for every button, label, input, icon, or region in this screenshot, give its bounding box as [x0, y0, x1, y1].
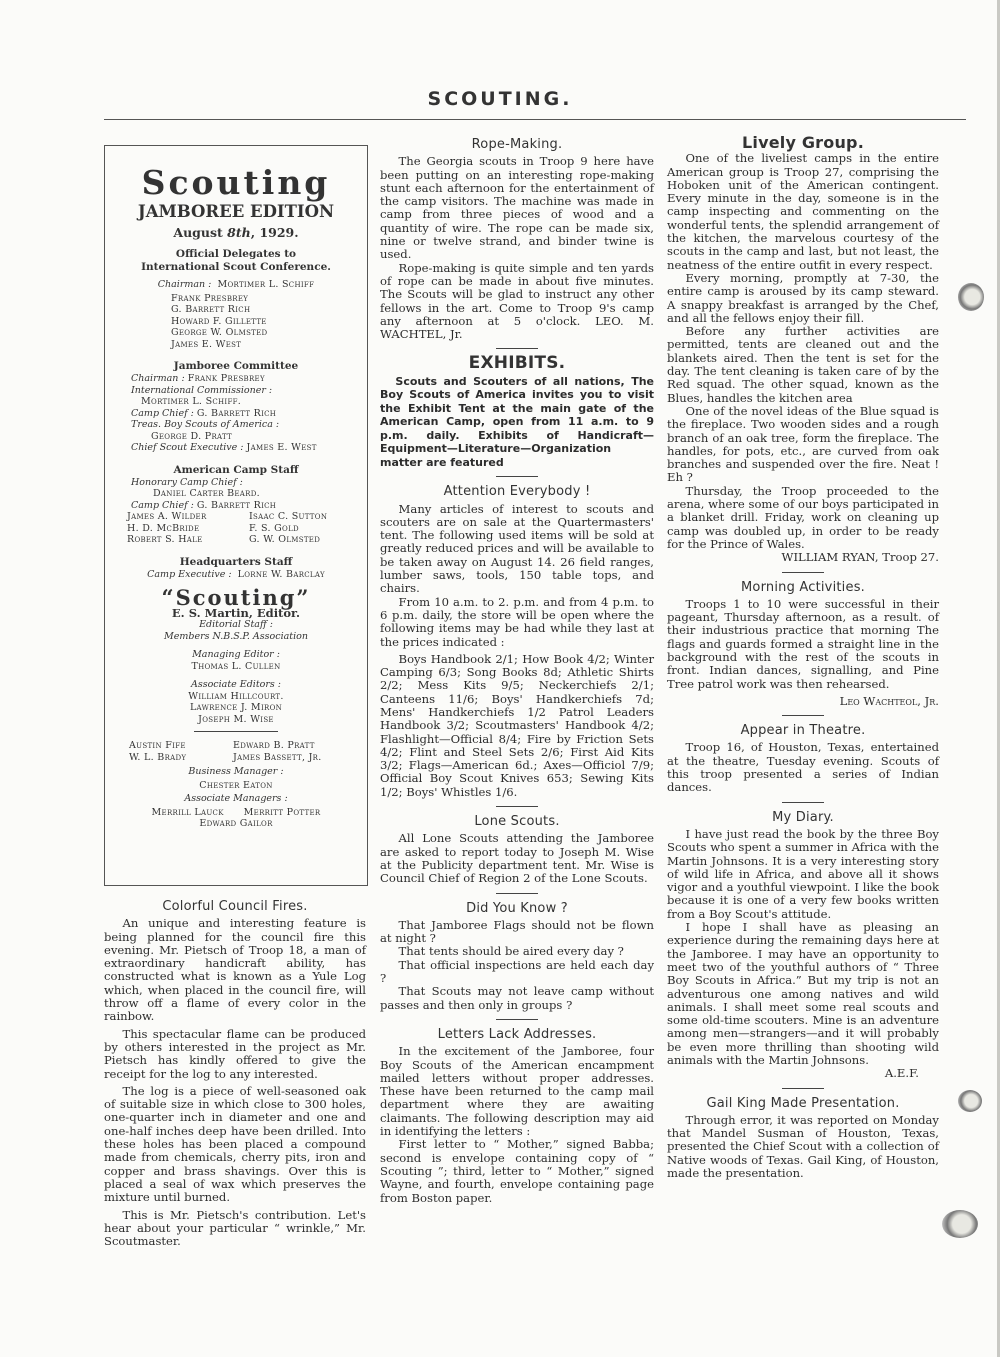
paragraph: Through error, it was reported on Monday…: [667, 1114, 939, 1180]
paragraph: That Scouts may not leave camp without p…: [380, 985, 654, 1012]
signature: WILLIAM RYAN, Troop 27.: [667, 551, 939, 564]
paragraph: I have just read the book by the three B…: [667, 828, 939, 921]
editorial-staff: Members N.B.S.P. Association: [105, 631, 367, 643]
hq-exec: Camp Executive : Lorne W. Barclay: [105, 569, 367, 581]
article-exhibits: EXHIBITS. Scouts and Scouters of all nat…: [380, 357, 654, 469]
paragraph: That official inspections are held each …: [380, 959, 654, 986]
article-title: My Diary.: [667, 811, 939, 824]
paragraph: Before any further activities are permit…: [667, 325, 939, 405]
article-separator: [782, 572, 824, 573]
article-title: Appear in Theatre.: [667, 724, 939, 737]
paragraph: From 10 a.m. to 2. p.m. and from 4 p.m. …: [380, 596, 654, 649]
article-title: Gail King Made Presentation.: [667, 1097, 939, 1110]
article-title: EXHIBITS.: [380, 357, 654, 370]
paragraph: This is Mr. Pietsch's contribution. Let'…: [104, 1209, 366, 1249]
exhibits-body: Scouts and Scouters of all nations, The …: [380, 375, 654, 470]
article-council-fires: Colorful Council Fires. An unique and in…: [104, 900, 366, 1248]
paragraph: One of the liveliest camps in the entire…: [667, 152, 939, 272]
article-theatre: Appear in Theatre. Troop 16, of Houston,…: [667, 724, 939, 794]
article-separator: [496, 1019, 538, 1020]
business-manager: Chester Eaton: [105, 780, 367, 792]
column-right: Lively Group. One of the liveliest camps…: [667, 136, 939, 1180]
article-separator: [782, 802, 824, 803]
article-separator: [496, 348, 538, 349]
box-divider: [194, 731, 278, 732]
paragraph: Rope-making is quite simple and ten yard…: [380, 262, 654, 342]
paragraph: I hope I shall have as pleasing an exper…: [667, 921, 939, 1067]
associate-editors: William Hillcourt. Lawrence J. Miron Jos…: [105, 691, 367, 726]
binder-hole-mark: [942, 1210, 978, 1238]
managing-label: Managing Editor :: [105, 649, 367, 661]
binder-hole-mark: [958, 1090, 982, 1112]
article-separator: [496, 806, 538, 807]
business-label: Business Manager :: [105, 766, 367, 778]
signature: A.E.F.: [667, 1067, 939, 1080]
committee-heading: Jamboree Committee: [105, 360, 367, 373]
paragraph: Troops 1 to 10 were successful in their …: [667, 598, 939, 691]
article-title: Did You Know ?: [380, 902, 654, 915]
managing-editor: Thomas L. Cullen: [105, 661, 367, 673]
paragraph: The log is a piece of well-seasoned oak …: [104, 1085, 366, 1205]
article-diary: My Diary. I have just read the book by t…: [667, 811, 939, 1081]
article-attention: Attention Everybody ! Many articles of i…: [380, 485, 654, 799]
column-left: Colorful Council Fires. An unique and in…: [104, 890, 366, 1248]
paragraph: Every morning, promptly at 7-30, the ent…: [667, 272, 939, 325]
column-middle: Rope-Making. The Georgia scouts in Troop…: [380, 138, 654, 1205]
article-separator: [496, 893, 538, 894]
paragraph: An unique and interesting feature is bei…: [104, 917, 366, 1023]
box-title: Scouting: [105, 164, 367, 202]
committee-list: Chairman : Frank Presbrey International …: [105, 373, 367, 454]
article-title: Lone Scouts.: [380, 815, 654, 828]
article-gail-king: Gail King Made Presentation. Through err…: [667, 1097, 939, 1181]
camp-staff-heading: American Camp Staff: [105, 464, 367, 477]
delegates-heading: Official Delegates to International Scou…: [105, 248, 367, 274]
article-lively-group: Lively Group. One of the liveliest camps…: [667, 136, 939, 565]
camp-staff-members: James A. WilderH. D. McBrideRobert S. Ha…: [105, 511, 367, 546]
paragraph: Thursday, the Troop proceeded to the are…: [667, 485, 939, 551]
paragraph: All Lone Scouts attending the Jamboree a…: [380, 832, 654, 885]
assoc-managers: Merrill Lauck Merritt Potter Edward Gail…: [105, 807, 367, 830]
binder-hole-mark: [958, 283, 984, 311]
article-title: Letters Lack Addresses.: [380, 1028, 654, 1041]
box-edition: JAMBOREE EDITION: [105, 206, 367, 218]
article-title: Rope-Making.: [380, 138, 654, 151]
paragraph: Troop 16, of Houston, Texas, entertained…: [667, 741, 939, 794]
page-masthead: SCOUTING.: [0, 88, 1000, 110]
article-did-you-know: Did You Know ? That Jamboree Flags shoul…: [380, 902, 654, 1012]
masthead-box: Scouting JAMBOREE EDITION August 8th, 19…: [104, 145, 368, 886]
paragraph: The Georgia scouts in Troop 9 here have …: [380, 155, 654, 261]
paragraph: This spectacular flame can be produced b…: [104, 1028, 366, 1081]
editorial-label: Editorial Staff :: [105, 619, 367, 631]
article-morning-activities: Morning Activities. Troops 1 to 10 were …: [667, 581, 939, 709]
article-title: Attention Everybody !: [380, 485, 654, 498]
editor: E. S. Martin, Editor.: [105, 608, 367, 620]
hq-staff-heading: Headquarters Staff: [105, 556, 367, 569]
box-date: August 8th, 1929.: [105, 227, 367, 239]
assoc-managers-label: Associate Managers :: [105, 793, 367, 805]
article-title: Colorful Council Fires.: [104, 900, 366, 913]
paragraph: That tents should be aired every day ?: [380, 945, 654, 958]
paragraph: One of the novel ideas of the Blue squad…: [667, 405, 939, 485]
camp-staff-list: Honorary Camp Chief : Daniel Carter Bear…: [105, 477, 367, 512]
price-list: Boys Handbook 2/1; How Book 4/2; Winter …: [380, 653, 654, 799]
article-title: Morning Activities.: [667, 581, 939, 594]
associate-label: Associate Editors :: [105, 679, 367, 691]
paper-title: “Scouting”: [105, 592, 367, 604]
paragraph: First letter to “ Mother,” signed Babba;…: [380, 1138, 654, 1204]
article-title: Lively Group.: [667, 136, 939, 149]
delegates-chair: Chairman : Mortimer L. Schiff: [105, 279, 367, 291]
signature: Leo Wachteol, Jr.: [667, 695, 939, 708]
masthead-rule: [104, 119, 966, 120]
extra-staff: Austin FifeW. L. Brady Edward B. PrattJa…: [105, 740, 367, 763]
paragraph: Many articles of interest to scouts and …: [380, 503, 654, 596]
article-separator: [782, 715, 824, 716]
article-letters: Letters Lack Addresses. In the excitemen…: [380, 1028, 654, 1205]
paragraph: That Jamboree Flags should not be flown …: [380, 919, 654, 946]
article-separator: [496, 476, 538, 477]
delegates-list: Frank Presbrey G. Barrett Rich Howard F.…: [105, 293, 367, 351]
paragraph: In the excitement of the Jamboree, four …: [380, 1045, 654, 1138]
article-lone-scouts: Lone Scouts. All Lone Scouts attending t…: [380, 815, 654, 885]
article-separator: [782, 1088, 824, 1089]
article-rope-making: Rope-Making. The Georgia scouts in Troop…: [380, 138, 654, 341]
